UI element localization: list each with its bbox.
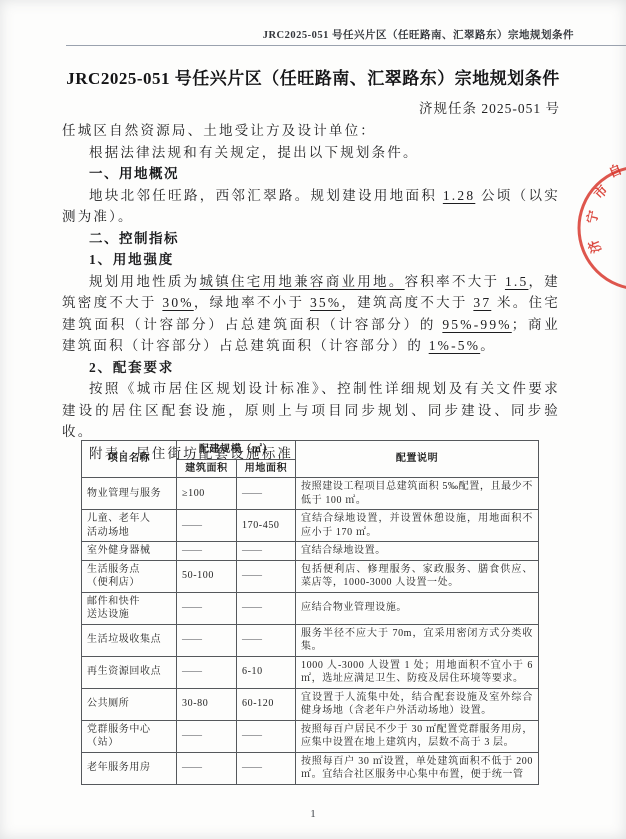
header-rule	[66, 45, 626, 46]
table-row: 儿童、老年人 活动场地——170-450宜结合绿地设置，并设置休憩设施，用地面积…	[82, 510, 539, 542]
page-number: 1	[0, 808, 626, 820]
cell-floor-area: ≥100	[177, 478, 237, 510]
cell-land-area: 170-450	[237, 510, 296, 542]
cell-project-name: 再生资源回收点	[82, 656, 177, 688]
cell-floor-area: ——	[177, 656, 237, 688]
cell-land-area: ——	[237, 752, 296, 784]
cell-floor-area: 50-100	[177, 560, 237, 592]
cell-floor-area: ——	[177, 752, 237, 784]
col-header-note: 配置说明	[296, 441, 539, 478]
text-segment: 2、配套要求	[89, 360, 174, 375]
cell-project-name: 生活服务点 （便利店）	[82, 560, 177, 592]
facilities-table-wrap: 项目名称 配建规模（㎡） 配置说明 建筑面积 用地面积 物业管理与服务≥100—…	[81, 440, 538, 785]
text-segment: 任城区自然资源局、土地受让方及设计单位：	[62, 123, 376, 138]
underlined-value: 30%	[162, 295, 193, 310]
section-heading: 1、用地强度	[62, 249, 560, 271]
table-row: 再生资源回收点——6-101000 人-3000 人设置 1 处；用地面积不宜小…	[82, 656, 539, 688]
doc-number: 济规任条 2025-051 号	[419, 97, 560, 117]
text-segment: 一、用地概况	[89, 166, 179, 181]
cell-project-name: 党群服务中心 （站）	[82, 720, 177, 752]
official-seal: 济宁市自	[566, 158, 626, 303]
page-title: JRC2025-051 号任兴片区（任旺路南、汇翠路东）宗地规划条件	[30, 64, 596, 89]
seal-icon: 济宁市自	[566, 158, 626, 303]
underlined-value: 1%-5%	[429, 338, 481, 353]
scanned-document-page: { "running_head": "JRC2025-051 号任兴片区（任旺路…	[0, 0, 626, 839]
cell-project-name: 儿童、老年人 活动场地	[82, 510, 177, 542]
col-header-floor-area: 建筑面积	[177, 459, 237, 478]
text-segment: 。	[480, 338, 496, 353]
svg-text:济: 济	[585, 238, 604, 256]
facilities-table: 项目名称 配建规模（㎡） 配置说明 建筑面积 用地面积 物业管理与服务≥100—…	[81, 440, 539, 785]
cell-note: 应结合物业管理设施。	[296, 592, 539, 624]
cell-land-area: ——	[237, 720, 296, 752]
text-segment: 规划用地性质为	[89, 274, 199, 289]
cell-floor-area: ——	[177, 720, 237, 752]
table-row: 生活垃圾收集点————服务半径不应大于 70m，宜采用密闭方式分类收集。	[82, 624, 539, 656]
cell-land-area: ——	[237, 542, 296, 561]
cell-note: 宜结合绿地设置，并设置休憩设施，用地面积不应小于 170 ㎡。	[296, 510, 539, 542]
cell-land-area: ——	[237, 592, 296, 624]
col-header-land-area: 用地面积	[237, 459, 296, 478]
section-heading: 一、用地概况	[62, 163, 560, 185]
col-header-name: 项目名称	[82, 441, 177, 478]
text-segment: 1、用地强度	[89, 252, 174, 267]
underlined-value: 城镇住宅用地兼容商业用地。	[199, 274, 404, 289]
underlined-value: 95%-99%	[442, 317, 511, 332]
cell-land-area: 60-120	[237, 688, 296, 720]
text-segment: ，建筑高度不大于	[341, 295, 473, 310]
running-head: JRC2025-051 号任兴片区（任旺路南、汇翠路东）宗地规划条件	[66, 27, 574, 42]
table-row: 室外健身器械————宜结合绿地设置。	[82, 542, 539, 561]
cell-note: 宜设置于人流集中处，结合配套设施及室外综合健身场地（含老年户外活动场地）设置。	[296, 688, 539, 720]
cell-note: 按照每百户 30 ㎡设置，单处建筑面积不低于 200 ㎡。宜结合社区服务中心集中…	[296, 752, 539, 784]
paragraph: 根据法律法规和有关规定，提出以下规划条件。	[62, 142, 560, 164]
paragraph: 规划用地性质为城镇住宅用地兼容商业用地。容积率不大于 1.5，建筑密度不大于 3…	[62, 271, 560, 357]
paragraph: 任城区自然资源局、土地受让方及设计单位：	[62, 120, 560, 142]
cell-project-name: 邮件和快件 送达设施	[82, 592, 177, 624]
cell-project-name: 室外健身器械	[82, 542, 177, 561]
cell-project-name: 老年服务用房	[82, 752, 177, 784]
table-row: 生活服务点 （便利店）50-100——包括便利店、修理服务、家政服务、膳食供应、…	[82, 560, 539, 592]
col-header-scale-group: 配建规模（㎡）	[177, 441, 296, 460]
svg-text:市: 市	[591, 182, 611, 202]
underlined-value: 37	[473, 295, 491, 310]
svg-text:自: 自	[606, 161, 624, 180]
cell-land-area: ——	[237, 560, 296, 592]
cell-note: 按照建设工程项目总建筑面积 5‰配置，且最少不低于 100 ㎡。	[296, 478, 539, 510]
cell-land-area: ——	[237, 624, 296, 656]
cell-floor-area: ——	[177, 510, 237, 542]
text-segment: 根据法律法规和有关规定，提出以下规划条件。	[89, 145, 419, 160]
cell-floor-area: ——	[177, 592, 237, 624]
cell-floor-area: ——	[177, 542, 237, 561]
text-segment: 按照《城市居住区规划设计标准》、控制性详细规划及有关文件要求建设的居住区配套设施…	[62, 381, 560, 439]
table-row: 党群服务中心 （站）————按照每百户居民不少于 30 ㎡配置党群服务用房，应集…	[82, 720, 539, 752]
cell-note: 1000 人-3000 人设置 1 处；用地面积不宜小于 6 ㎡，选址应满足卫生…	[296, 656, 539, 688]
cell-floor-area: 30-80	[177, 688, 237, 720]
section-heading: 2、配套要求	[62, 357, 560, 379]
text-segment: 二、控制指标	[89, 231, 179, 246]
underlined-value: 1.5	[505, 274, 528, 289]
table-row: 物业管理与服务≥100——按照建设工程项目总建筑面积 5‰配置，且最少不低于 1…	[82, 478, 539, 510]
text-segment: ，绿地率不小于	[194, 295, 310, 310]
cell-note: 宜结合绿地设置。	[296, 542, 539, 561]
paragraph: 地块北邻任旺路，西邻汇翠路。规划建设用地面积 1.28 公顷（以实测为准）。	[62, 185, 560, 228]
body-content: 任城区自然资源局、土地受让方及设计单位：根据法律法规和有关规定，提出以下规划条件…	[62, 120, 560, 464]
paragraph: 按照《城市居住区规划设计标准》、控制性详细规划及有关文件要求建设的居住区配套设施…	[62, 378, 560, 443]
table-row: 公共厕所30-8060-120宜设置于人流集中处，结合配套设施及室外综合健身场地…	[82, 688, 539, 720]
cell-note: 包括便利店、修理服务、家政服务、膳食供应、菜店等，1000-3000 人设置一处…	[296, 560, 539, 592]
cell-floor-area: ——	[177, 624, 237, 656]
text-segment: 地块北邻任旺路，西邻汇翠路。规划建设用地面积	[89, 188, 443, 203]
table-row: 老年服务用房————按照每百户 30 ㎡设置，单处建筑面积不低于 200 ㎡。宜…	[82, 752, 539, 784]
svg-text:宁: 宁	[584, 209, 602, 225]
cell-project-name: 公共厕所	[82, 688, 177, 720]
cell-project-name: 生活垃圾收集点	[82, 624, 177, 656]
cell-project-name: 物业管理与服务	[82, 478, 177, 510]
cell-note: 服务半径不应大于 70m，宜采用密闭方式分类收集。	[296, 624, 539, 656]
table-row: 邮件和快件 送达设施————应结合物业管理设施。	[82, 592, 539, 624]
cell-land-area: ——	[237, 478, 296, 510]
section-heading: 二、控制指标	[62, 228, 560, 250]
text-segment: 容积率不大于	[405, 274, 505, 289]
cell-land-area: 6-10	[237, 656, 296, 688]
cell-note: 按照每百户居民不少于 30 ㎡配置党群服务用房，应集中设置在地上建筑内，层数不高…	[296, 720, 539, 752]
underlined-value: 35%	[310, 295, 341, 310]
underlined-value: 1.28	[443, 188, 475, 203]
